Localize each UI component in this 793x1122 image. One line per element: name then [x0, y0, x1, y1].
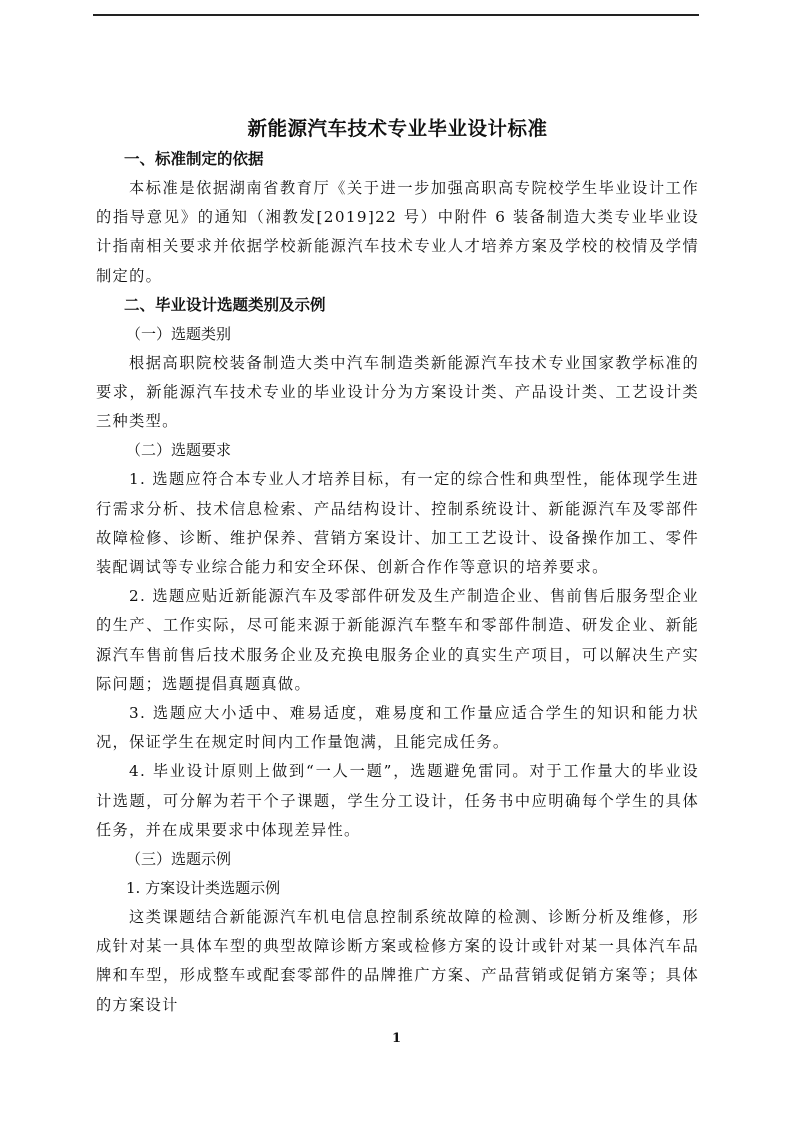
requirement-item-4: 4. 毕业设计原则上做到“一人一题”，选题避免雷同。对于工作量大的毕业设计选题，… — [96, 757, 699, 845]
header-rule — [93, 14, 699, 16]
requirement-item-3: 3. 选题应大小适中、难易适度，难易度和工作量应适合学生的知识和能力状况，保证学… — [96, 699, 699, 757]
subheading-topic-requirements: （二）选题要求 — [96, 436, 699, 465]
section-heading-basis: 一、标准制定的依据 — [96, 145, 699, 174]
paragraph-topic-categories: 根据高职院校装备制造大类中汽车制造类新能源汽车技术专业国家教学标准的要求，新能源… — [96, 349, 699, 437]
document-page: 新能源汽车技术专业毕业设计标准 一、标准制定的依据 本标准是依据湖南省教育厅《关… — [96, 112, 699, 1020]
subheading-topic-categories: （一）选题类别 — [96, 320, 699, 349]
example-heading-scheme-design: 1. 方案设计类选题示例 — [96, 874, 699, 903]
subheading-topic-examples: （三）选题示例 — [96, 845, 699, 874]
paragraph-scheme-design: 这类课题结合新能源汽车机电信息控制系统故障的检测、诊断分析及维修，形成针对某一具… — [96, 903, 699, 1020]
requirement-item-2: 2. 选题应贴近新能源汽车及零部件研发及生产制造企业、售前售后服务型企业的生产、… — [96, 582, 699, 699]
requirement-item-1: 1. 选题应符合本专业人才培养目标，有一定的综合性和典型性，能体现学生进行需求分… — [96, 465, 699, 582]
document-title: 新能源汽车技术专业毕业设计标准 — [96, 112, 699, 145]
section-heading-topics: 二、毕业设计选题类别及示例 — [96, 291, 699, 320]
page-number: 1 — [0, 1031, 793, 1046]
paragraph-basis: 本标准是依据湖南省教育厅《关于进一步加强高职高专院校学生毕业设计工作的指导意见》… — [96, 174, 699, 291]
